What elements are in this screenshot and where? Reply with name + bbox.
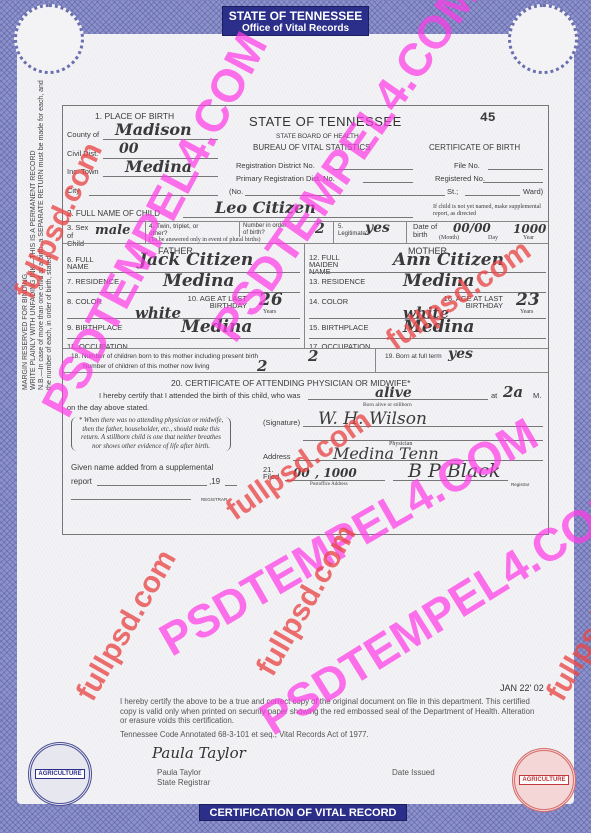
registrar-label: REGISTRAR xyxy=(201,497,227,502)
father-color-label: 8. COLOR xyxy=(67,297,102,306)
year-label: Year xyxy=(523,235,534,241)
file-no-label: File No. xyxy=(454,161,480,170)
father-occupation-label: 11. OCCUPATION xyxy=(67,342,128,351)
certificate-page: STATE OF TENNESSEE Office of Vital Recor… xyxy=(0,0,591,833)
report-label: report xyxy=(71,477,92,486)
given-name-label: Given name added from a supplemental xyxy=(71,463,213,472)
margin-note-line: MARGIN RESERVED FOR BINDING. xyxy=(22,90,30,390)
civil-dist-label: Civil Dist. xyxy=(67,149,98,158)
mother-residence-label: 13. RESIDENCE xyxy=(309,277,365,286)
physician-signature: W. H. Wilson xyxy=(318,409,427,429)
birth-time-value: 2a xyxy=(503,383,523,401)
certificate-type: CERTIFICATE OF BIRTH xyxy=(429,143,520,152)
registrar-signature: B P Black xyxy=(408,460,500,482)
margin-note: MARGIN RESERVED FOR BINDING. WRITE PLAIN… xyxy=(22,90,64,390)
day-stated-label: on the day above stated. xyxy=(67,403,149,412)
mother-name-value: Ann Citizen xyxy=(393,250,504,270)
seal-text: AGRICULTURE xyxy=(35,769,84,779)
state-registrar-name: Paula Taylor xyxy=(157,768,201,777)
header-band: STATE OF TENNESSEE Office of Vital Recor… xyxy=(222,6,369,36)
certification-code: Tennessee Code Annotated 68-3-101 et seq… xyxy=(120,730,540,740)
seal-text: AGRICULTURE xyxy=(519,775,568,785)
filed-year-value: , 1000 xyxy=(315,466,357,480)
attendant-footnote: * When there was no attending physician … xyxy=(71,417,231,451)
legit-label: 5. Legitimate? xyxy=(338,224,366,238)
father-name-value: Jack Citizen xyxy=(139,250,253,270)
sex-label: 3. Sex of Child xyxy=(67,224,89,248)
header-office: Office of Vital Records xyxy=(223,23,368,35)
father-birthplace-value: Medina xyxy=(181,317,252,337)
child-name-label: 2. FULL NAME OF CHILD xyxy=(67,209,160,218)
children-born-label: 18. Number of children born to this moth… xyxy=(71,353,258,360)
children-born-value: 2 xyxy=(308,347,318,365)
attendant-statement: I hereby certify that I attended the bir… xyxy=(99,391,300,400)
full-term-value: yes xyxy=(448,346,473,362)
report-year-label: ,19 xyxy=(209,477,220,486)
street-label: St.; xyxy=(447,187,458,196)
birth-status-value: alive xyxy=(375,385,412,401)
mother-birthplace-value: Medina xyxy=(403,317,474,337)
date-stamp: JAN 22' 02 xyxy=(500,683,544,693)
father-birthplace-label: 9. BIRTHPLACE xyxy=(67,323,122,332)
state-title: STATE OF TENNESSEE xyxy=(249,114,402,129)
state-registrar-title: State Registrar xyxy=(157,778,210,787)
legit-value: yes xyxy=(365,220,390,236)
margin-note-line: N.B.—In case of more than one child at a… xyxy=(38,90,46,390)
twin-label: 4. Twin, triplet, or other? xyxy=(149,223,209,237)
mother-age-value: 23 xyxy=(516,290,540,310)
dob-year-value: 1000 xyxy=(513,222,546,236)
city-label: City xyxy=(67,186,80,195)
full-term-label: 19. Born at full term xyxy=(385,353,442,360)
mother-color-label: 14. COLOR xyxy=(309,297,348,306)
registrar-label-2: Registrar xyxy=(511,482,529,487)
mother-birthplace-label: 15. BIRTHPLACE xyxy=(309,323,368,332)
father-color-value: white xyxy=(135,304,181,322)
filed-label: 21. Filed xyxy=(263,466,285,480)
children-living-label: Number of children of this mother now li… xyxy=(83,363,209,370)
date-issued-label: Date Issued xyxy=(392,768,435,777)
state-registrar-signature: Paula Taylor xyxy=(152,744,246,762)
inc-town-value: Medina xyxy=(125,157,192,176)
month-label: (Month) xyxy=(439,235,459,241)
inc-town-label: Inc. Town xyxy=(67,167,99,176)
father-residence-value: Medina xyxy=(163,271,234,291)
signature-label: (Signature) xyxy=(263,418,300,427)
time-at-label: at xyxy=(491,391,497,400)
address-label: Address xyxy=(263,452,291,461)
filed-date-value: 00 xyxy=(293,466,310,480)
state-seal: AGRICULTURE xyxy=(28,742,92,806)
order-value: 2 xyxy=(315,221,325,237)
margin-note-line: WRITE PLAINLY WITH UNFADING INK—THIS IS … xyxy=(30,90,38,390)
corner-ornament xyxy=(508,4,578,74)
child-name-value: Leo Citizen xyxy=(215,198,316,217)
day-label: Day xyxy=(488,235,498,241)
sex-value: male xyxy=(95,223,130,238)
reg-district-label: Registration District No. xyxy=(236,161,315,170)
ward-label: Ward) xyxy=(523,187,543,196)
certification-text: I hereby certify the above to be a true … xyxy=(120,697,540,739)
birth-status-note: Born alive or stillborn xyxy=(363,402,412,408)
father-years-label: Years xyxy=(263,309,276,315)
mother-years-label: Years xyxy=(520,309,533,315)
child-name-note: If child is not yet named, make suppleme… xyxy=(433,204,543,217)
mother-age-label: 16. AGE AT LAST BIRTHDAY xyxy=(428,295,503,309)
bureau-title: BUREAU OF VITAL STATISTICS xyxy=(253,143,371,152)
birth-certificate-form: 1. PLACE OF BIRTH County of Madison Civi… xyxy=(62,105,549,535)
board-title: STATE BOARD OF HEALTH xyxy=(276,133,359,140)
health-dept-seal: AGRICULTURE xyxy=(512,748,576,812)
time-m-label: M. xyxy=(533,391,541,400)
primary-reg-label: Primary Registration Dist. No. xyxy=(236,174,335,183)
father-age-value: 26 xyxy=(259,290,283,310)
registered-no-label: Registered No. xyxy=(435,174,485,183)
county-label: County of xyxy=(67,130,99,139)
postoffice-label: Postoffice Address xyxy=(310,482,348,487)
corner-ornament xyxy=(14,4,84,74)
margin-note-line: the number of each, in order of birth, s… xyxy=(46,90,54,390)
footer-band: CERTIFICATION OF VITAL RECORD xyxy=(199,804,407,821)
street-no-label: (No. xyxy=(229,187,243,196)
certification-statement: I hereby certify the above to be a true … xyxy=(120,697,540,726)
order-label: Number in order of birth? xyxy=(243,223,293,237)
father-age-label: 10. AGE AT LAST BIRTHDAY xyxy=(187,295,247,309)
county-value: Madison xyxy=(115,120,192,139)
dob-month-day-value: 00/00 xyxy=(453,221,491,235)
header-state: STATE OF TENNESSEE xyxy=(223,9,368,23)
father-name-label: 6. FULL NAME xyxy=(67,256,97,270)
father-residence-label: 7. RESIDENCE xyxy=(67,277,119,286)
mother-residence-value: Medina xyxy=(403,271,474,291)
civil-dist-value: 00 xyxy=(119,141,138,157)
